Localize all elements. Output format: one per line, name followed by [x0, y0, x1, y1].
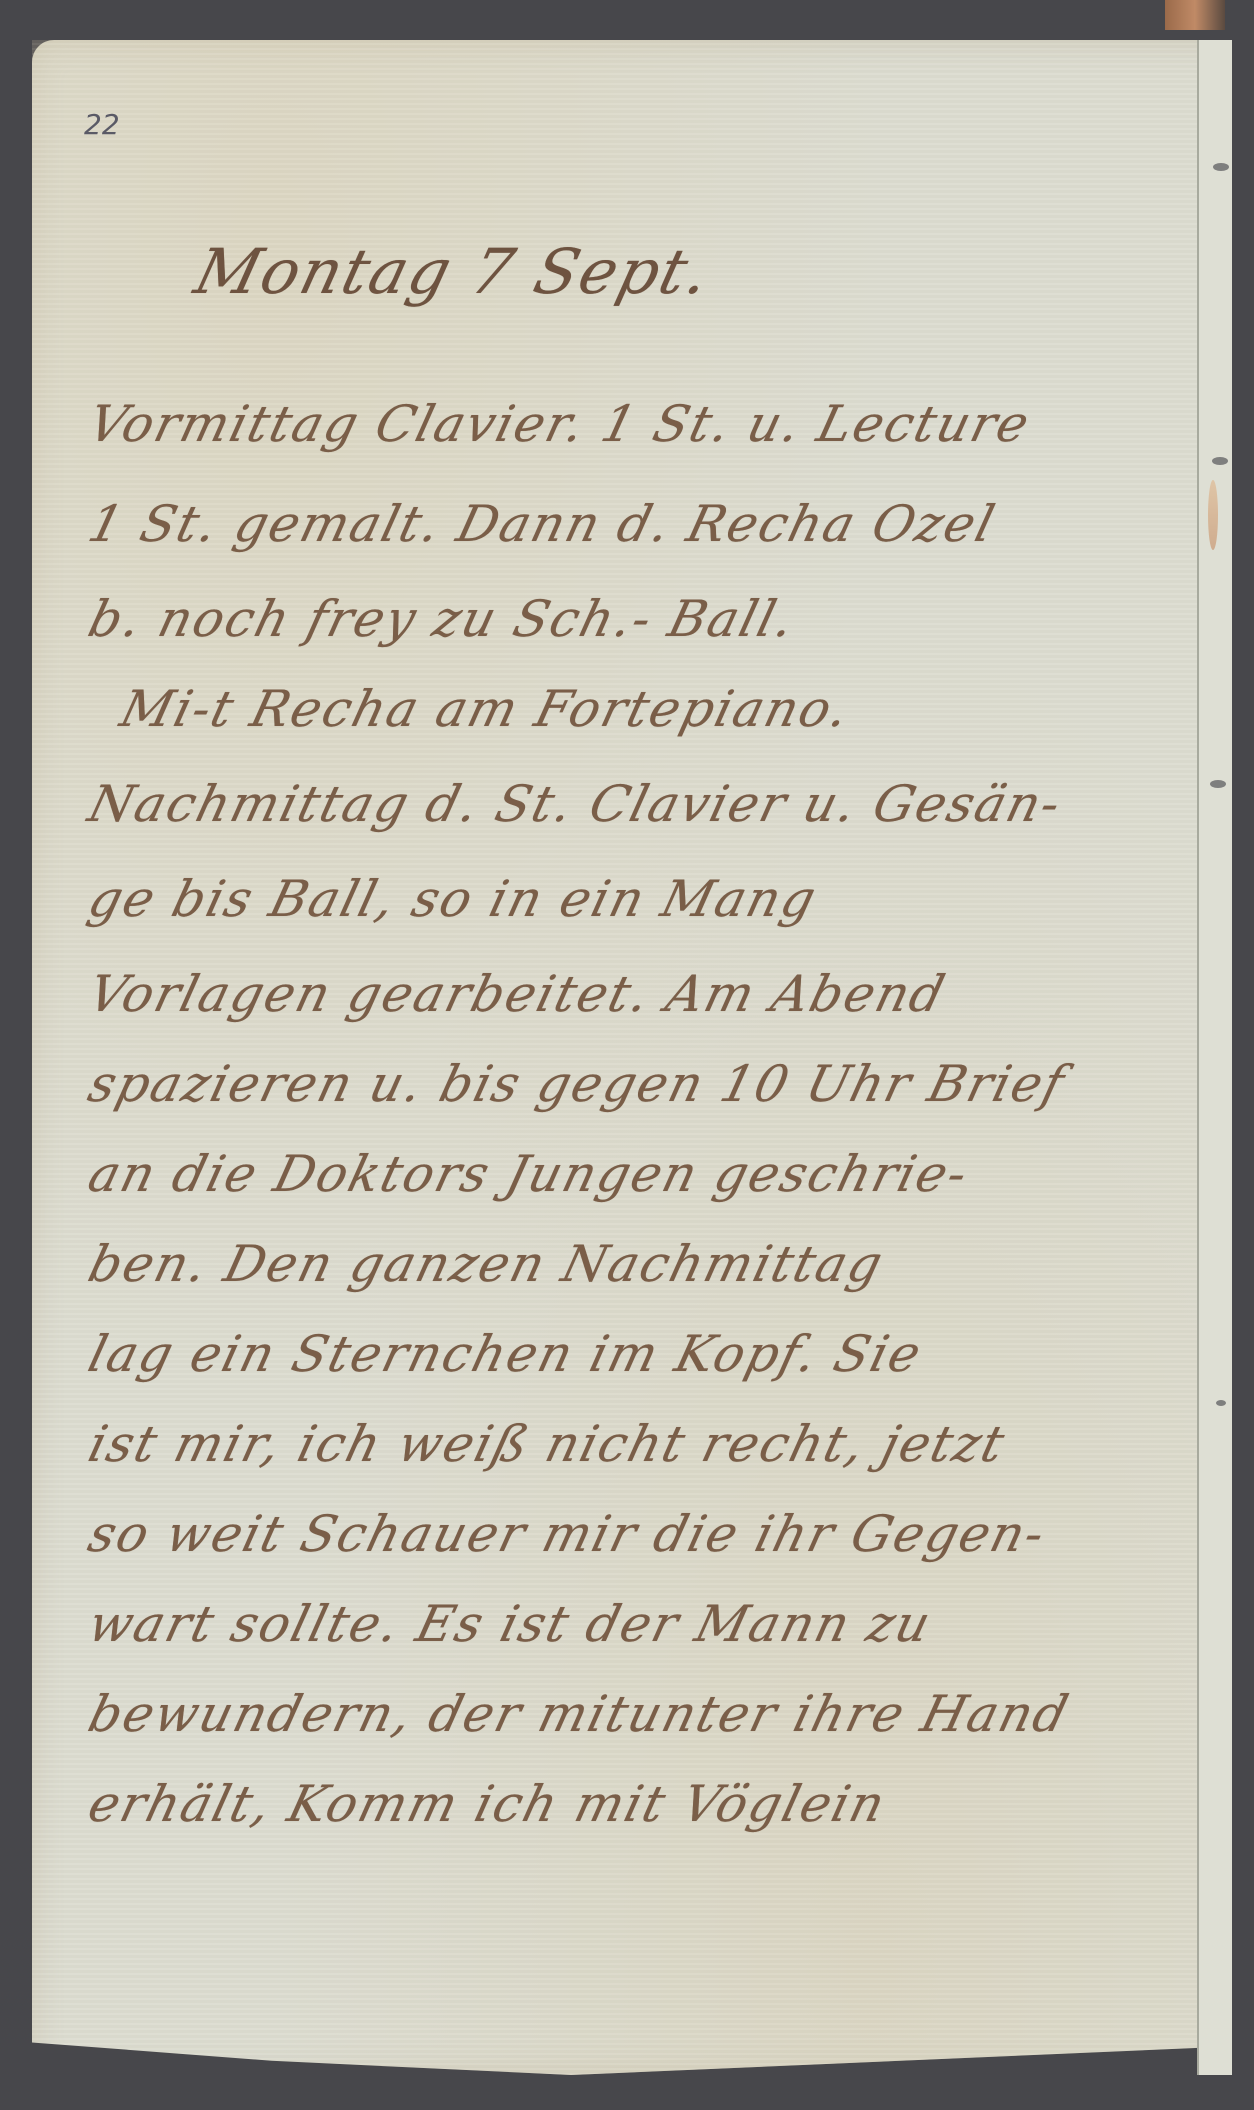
ink-spot	[1212, 457, 1228, 465]
text-line: 1 St. gemalt. Dann d. Recha Ozel	[83, 495, 1002, 553]
text-line: Vormittag Clavier. 1 St. u. Lecture	[83, 395, 1037, 453]
binding-tab	[1165, 0, 1225, 30]
rust-stain	[1208, 480, 1218, 550]
entry-heading: Montag 7 Sept.	[188, 235, 719, 308]
text-line: ben. Den ganzen Nachmittag	[83, 1235, 890, 1293]
ink-spot	[1213, 163, 1229, 171]
manuscript-scan: 22 Montag 7 Sept. Vormittag Clavier. 1 S…	[0, 0, 1254, 2110]
text-line: Mi-t Recha am Fortepiano.	[115, 680, 857, 738]
text-line: an die Doktors Jungen geschrie-	[83, 1145, 975, 1203]
text-line: erhält, Komm ich mit Vöglein	[83, 1775, 893, 1833]
text-line: b. noch frey zu Sch.- Ball.	[83, 590, 802, 648]
text-line: ge bis Ball, so in ein Mang	[83, 870, 823, 928]
text-line: so weit Schauer mir die ihr Gegen-	[83, 1505, 1052, 1563]
text-line: bewundern, der mitunter ihre Hand	[83, 1685, 1076, 1743]
adjacent-page-edge	[1197, 40, 1232, 2075]
text-line: Nachmittag d. St. Clavier u. Gesän-	[83, 775, 1068, 833]
text-line: Vorlagen gearbeitet. Am Abend	[83, 965, 952, 1023]
manuscript-page: 22 Montag 7 Sept. Vormittag Clavier. 1 S…	[32, 40, 1230, 2075]
handwritten-text: Montag 7 Sept. Vormittag Clavier. 1 St. …	[32, 40, 1230, 2075]
ink-spot	[1210, 780, 1226, 788]
text-line: lag ein Sternchen im Kopf. Sie	[83, 1325, 929, 1383]
text-line: spazieren u. bis gegen 10 Uhr Brief	[83, 1055, 1072, 1113]
text-line: wart sollte. Es ist der Mann zu	[83, 1595, 938, 1653]
text-line: ist mir, ich weiß nicht recht, jetzt	[83, 1415, 1012, 1473]
ink-spot	[1216, 1400, 1226, 1406]
